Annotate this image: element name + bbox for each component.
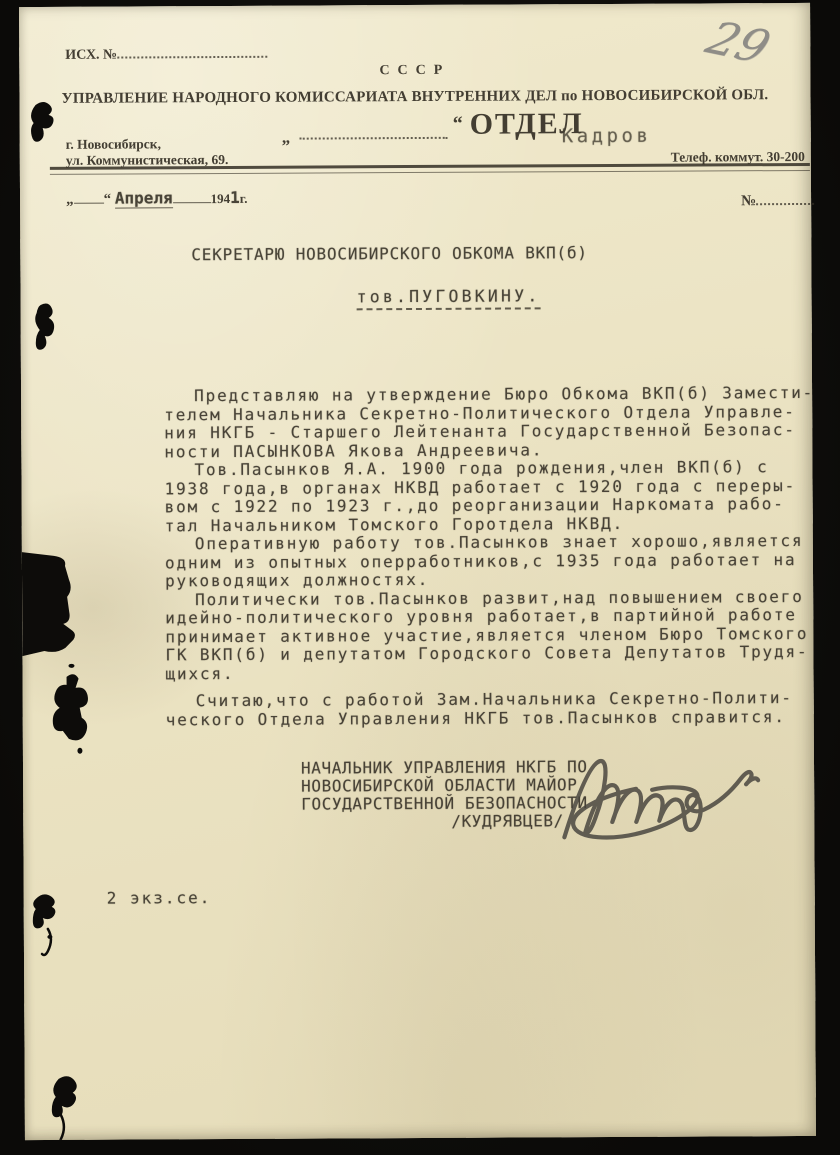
copies-note: 2 экз.се. xyxy=(107,888,212,908)
document-page: ИСХ. № 29 СССР УПРАВЛЕНИЕ НАРОДНОГО КОМИ… xyxy=(19,3,816,1140)
document-number-line: № xyxy=(741,191,814,210)
number-blank-line xyxy=(756,191,814,205)
date-month-typed: Апреля xyxy=(115,188,173,208)
date-open-quote: „ xyxy=(66,192,74,208)
signer-name: /КУДРЯВЦЕВ/ xyxy=(301,812,588,832)
body-line: одним из опытных оперработников,с 1935 г… xyxy=(165,550,830,572)
country-heading: СССР xyxy=(19,61,810,81)
tear-left-edge xyxy=(22,552,75,656)
outgoing-number-label: ИСХ. № xyxy=(65,48,117,63)
speck xyxy=(68,664,74,668)
date-year-typed: 1 xyxy=(230,188,240,207)
speck xyxy=(77,748,82,754)
ink-blot-bottom-left xyxy=(52,1076,77,1117)
body-line: щихся. xyxy=(165,661,830,683)
ink-blot-lower-left xyxy=(33,894,56,928)
date-day-blank xyxy=(74,191,104,204)
number-label: № xyxy=(741,193,756,209)
body-line: ния НКГБ - Старшего Лейтенанта Государст… xyxy=(164,421,829,443)
address-city: г. Новосибирск, xyxy=(66,136,161,152)
paper-holes xyxy=(20,102,91,1140)
signature-stroke-loop xyxy=(573,787,698,837)
date-year-suffix: г. xyxy=(240,191,248,206)
signature-stroke-main xyxy=(564,760,758,837)
date-line: „“ Апреля1941г. xyxy=(66,188,247,209)
speck xyxy=(47,935,52,939)
body-line: вом с 1922 по 1923 г.,до реорганизации Н… xyxy=(165,495,830,517)
outgoing-number-blank-line xyxy=(117,44,267,59)
hole-mid-left xyxy=(53,674,89,740)
outgoing-number-line: ИСХ. № xyxy=(65,44,267,64)
body-line: ГК ВКП(б) и депутатом Городского Совета … xyxy=(165,643,830,665)
date-close-quote: “ xyxy=(104,192,112,208)
body-text: Представляю на утверждение Бюро Обкома В… xyxy=(164,384,831,729)
recipient-title: СЕКРЕТАРЮ НОВОСИБИРСКОГО ОБКОМА ВКП(б) xyxy=(191,243,588,264)
department-blank-line xyxy=(300,125,448,140)
ink-tail xyxy=(42,929,51,955)
department-close-quote: “ xyxy=(453,113,463,136)
signature-ink xyxy=(564,760,758,838)
department-name-typed: Кадров xyxy=(562,125,652,147)
date-blank-2 xyxy=(173,190,211,203)
scan-background: ИСХ. № 29 СССР УПРАВЛЕНИЕ НАРОДНОГО КОМИ… xyxy=(0,0,840,1155)
hole-upper-left xyxy=(35,303,54,349)
body-line: ческого Отдела Управления НКГБ тов.Пасын… xyxy=(166,707,831,729)
recipient-name: тов.ПУГОВКИНУ. xyxy=(357,286,541,310)
ink-tail xyxy=(60,1115,64,1140)
signature-block: НАЧАЛЬНИК УПРАВЛЕНИЯ НКГБ ПО НОВОСИБИРСК… xyxy=(301,758,588,831)
organization-heading: УПРАВЛЕНИЕ НАРОДНОГО КОМИССАРИАТА ВНУТРЕ… xyxy=(19,87,810,108)
department-open-quote: „ xyxy=(282,128,291,148)
date-year-printed: 194 xyxy=(211,191,231,206)
